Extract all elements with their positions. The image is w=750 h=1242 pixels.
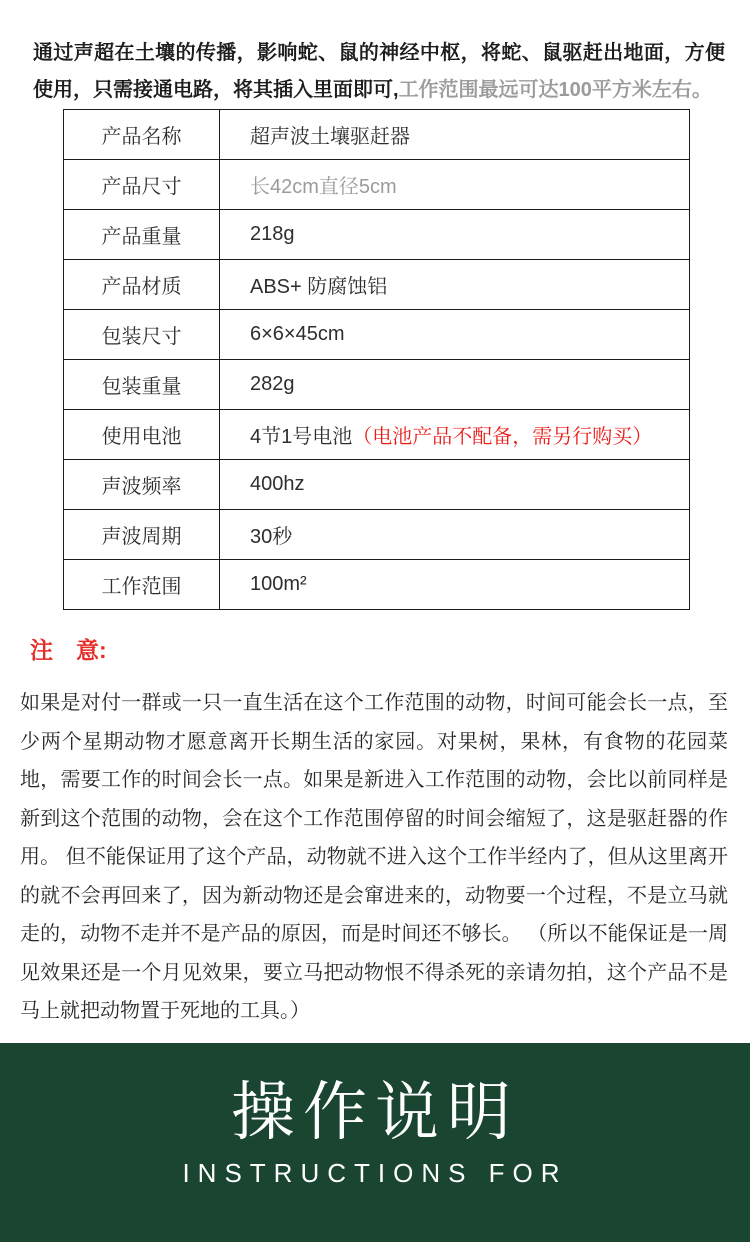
banner-subtitle-en: INSTRUCTIONS FOR	[0, 1159, 750, 1187]
intro-text-range: 工作范围最远可达100平方米左右。	[399, 79, 712, 101]
spec-label: 包装尺寸	[64, 310, 220, 360]
spec-value: 30秒	[220, 510, 690, 560]
table-row: 包装尺寸6×6×45cm	[64, 310, 690, 360]
spec-value-text: 长42cm直径5cm	[250, 176, 397, 198]
spec-label: 工作范围	[64, 560, 220, 610]
spec-value-text: 218g	[250, 223, 295, 245]
table-row: 产品尺寸长42cm直径5cm	[64, 160, 690, 210]
spec-table: 产品名称超声波土壤驱赶器产品尺寸长42cm直径5cm产品重量218g产品材质AB…	[63, 109, 690, 610]
spec-value: 282g	[220, 360, 690, 410]
spec-label: 声波周期	[64, 510, 220, 560]
table-row: 产品材质ABS+ 防腐蚀铝	[64, 260, 690, 310]
spec-value: 400hz	[220, 460, 690, 510]
table-row: 产品名称超声波土壤驱赶器	[64, 110, 690, 160]
table-row: 声波频率400hz	[64, 460, 690, 510]
spec-label: 声波频率	[64, 460, 220, 510]
spec-value-text: ABS+ 防腐蚀铝	[250, 276, 387, 298]
spec-value-text: 30秒	[250, 526, 292, 548]
spec-table-body: 产品名称超声波土壤驱赶器产品尺寸长42cm直径5cm产品重量218g产品材质AB…	[64, 110, 690, 610]
spec-label: 产品名称	[64, 110, 220, 160]
spec-value-text: 400hz	[250, 473, 305, 495]
spec-value-text: 100m²	[250, 573, 307, 595]
spec-value-warning-text: （电池产品不配备，需另行购买）	[352, 426, 652, 448]
spec-value: 218g	[220, 210, 690, 260]
spec-label: 包装重量	[64, 360, 220, 410]
spec-label: 使用电池	[64, 410, 220, 460]
table-row: 工作范围100m²	[64, 560, 690, 610]
spec-value: 4节1号电池（电池产品不配备，需另行购买）	[220, 410, 690, 460]
spec-value: 6×6×45cm	[220, 310, 690, 360]
spec-label: 产品尺寸	[64, 160, 220, 210]
spec-value-text: 4节1号电池	[250, 426, 352, 448]
spec-value: ABS+ 防腐蚀铝	[220, 260, 690, 310]
intro-paragraph: 通过声超在土壤的传播，影响蛇、鼠的神经中枢，将蛇、鼠驱赶出地面，方便使用，只需接…	[33, 35, 725, 109]
instructions-banner: 操作说明 INSTRUCTIONS FOR	[0, 1043, 750, 1242]
spec-value-text: 超声波土壤驱赶器	[250, 126, 410, 148]
note-heading: 注 意:	[30, 632, 107, 665]
table-row: 使用电池4节1号电池（电池产品不配备，需另行购买）	[64, 410, 690, 460]
spec-value: 100m²	[220, 560, 690, 610]
spec-label: 产品重量	[64, 210, 220, 260]
banner-title-cn: 操作说明	[0, 1077, 750, 1147]
spec-value-text: 282g	[250, 373, 295, 395]
table-row: 产品重量218g	[64, 210, 690, 260]
table-row: 声波周期30秒	[64, 510, 690, 560]
spec-label: 产品材质	[64, 260, 220, 310]
table-row: 包装重量282g	[64, 360, 690, 410]
note-body: 如果是对付一群或一只一直生活在这个工作范围的动物，时间可能会长一点，至少两个星期…	[20, 684, 728, 1031]
spec-value-text: 6×6×45cm	[250, 323, 345, 345]
spec-value: 超声波土壤驱赶器	[220, 110, 690, 160]
spec-value: 长42cm直径5cm	[220, 160, 690, 210]
